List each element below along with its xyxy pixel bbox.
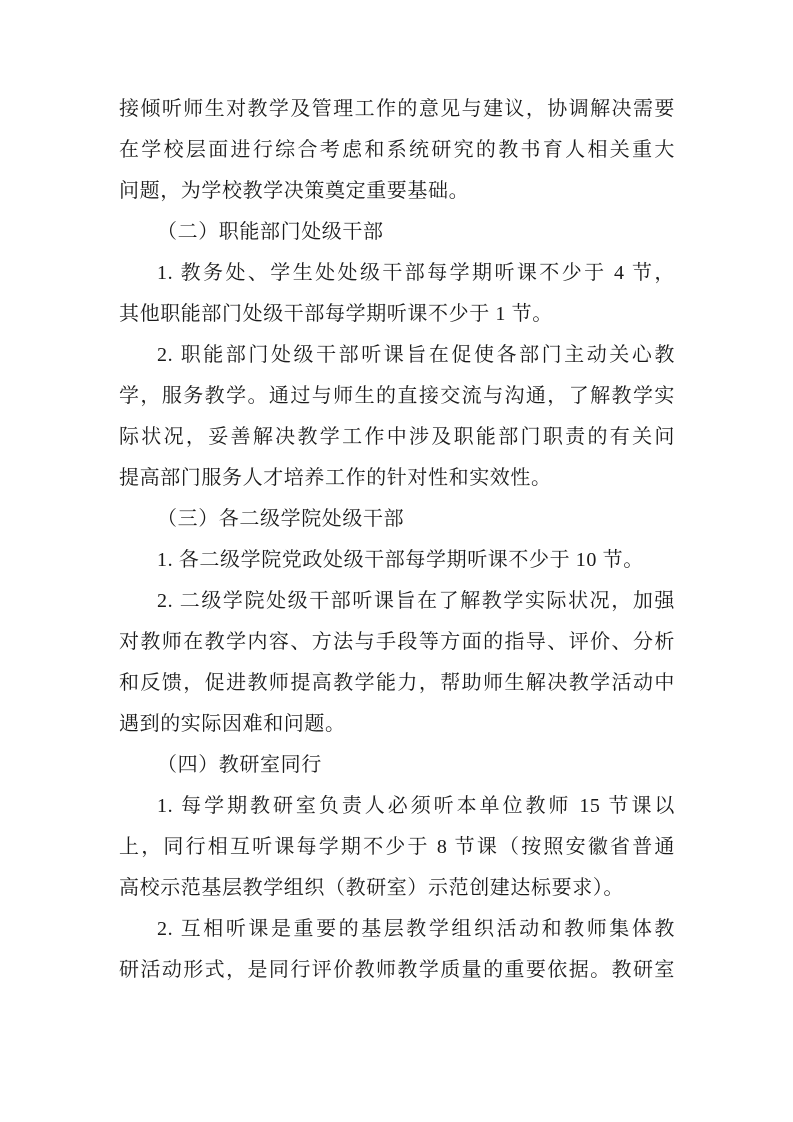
text-line: 际状况，妥善解决教学工作中涉及职能部门职责的有关问题， <box>119 417 675 458</box>
paragraph: 1. 教务处、学生处处级干部每学期听课不少于 4 节，其他职能部门处级干部每学期… <box>119 253 675 335</box>
text-line: 提高部门服务人才培养工作的针对性和实效性。 <box>119 458 675 499</box>
paragraph: 1. 各二级学院党政处级干部每学期听课不少于 10 节。 <box>119 540 675 581</box>
text-line: 2. 互相听课是重要的基层教学组织活动和教师集体教 <box>119 909 675 950</box>
text-line: 2. 职能部门处级干部听课旨在促使各部门主动关心教 <box>119 335 675 376</box>
heading-text-line: （四）教研室同行 <box>119 745 675 786</box>
heading-text-line: （三）各二级学院处级干部 <box>119 499 675 540</box>
text-line: 上，同行相互听课每学期不少于 8 节课（按照安徽省普通 <box>119 827 675 868</box>
text-line: 1. 每学期教研室负责人必须听本单位教师 15 节课以 <box>119 786 675 827</box>
text-line: 问题，为学校教学决策奠定重要基础。 <box>119 171 675 212</box>
text-line: 1. 各二级学院党政处级干部每学期听课不少于 10 节。 <box>119 540 675 581</box>
section-heading: （三）各二级学院处级干部 <box>119 499 675 540</box>
paragraph: 2. 职能部门处级干部听课旨在促使各部门主动关心教学，服务教学。通过与师生的直接… <box>119 335 675 499</box>
text-line: 遇到的实际因难和问题。 <box>119 704 675 745</box>
paragraph: 1. 每学期教研室负责人必须听本单位教师 15 节课以上，同行相互听课每学期不少… <box>119 786 675 909</box>
heading-text-line: （二）职能部门处级干部 <box>119 212 675 253</box>
text-line: 对教师在教学内容、方法与手段等方面的指导、评价、分析 <box>119 622 675 663</box>
text-line: 和反馈，促进教师提高教学能力，帮助师生解决教学活动中 <box>119 663 675 704</box>
text-line: 2. 二级学院处级干部听课旨在了解教学实际状况，加强 <box>119 581 675 622</box>
text-line: 其他职能部门处级干部每学期听课不少于 1 节。 <box>119 294 675 335</box>
document-page: 接倾听师生对教学及管理工作的意见与建议，协调解决需要在学校层面进行综合考虑和系统… <box>0 0 793 1122</box>
paragraph: 接倾听师生对教学及管理工作的意见与建议，协调解决需要在学校层面进行综合考虑和系统… <box>119 89 675 212</box>
text-line: 接倾听师生对教学及管理工作的意见与建议，协调解决需要 <box>119 89 675 130</box>
section-heading: （四）教研室同行 <box>119 745 675 786</box>
section-heading: （二）职能部门处级干部 <box>119 212 675 253</box>
document-body: 接倾听师生对教学及管理工作的意见与建议，协调解决需要在学校层面进行综合考虑和系统… <box>119 89 675 991</box>
paragraph: 2. 二级学院处级干部听课旨在了解教学实际状况，加强对教师在教学内容、方法与手段… <box>119 581 675 745</box>
text-line: 在学校层面进行综合考虑和系统研究的教书育人相关重大 <box>119 130 675 171</box>
paragraph: 2. 互相听课是重要的基层教学组织活动和教师集体教研活动形式，是同行评价教师教学… <box>119 909 675 991</box>
text-line: 1. 教务处、学生处处级干部每学期听课不少于 4 节， <box>119 253 675 294</box>
text-line: 学，服务教学。通过与师生的直接交流与沟通，了解教学实 <box>119 376 675 417</box>
text-line: 高校示范基层教学组织（教研室）示范创建达标要求）。 <box>119 868 675 909</box>
text-line: 研活动形式，是同行评价教师教学质量的重要依据。教研室 <box>119 950 675 991</box>
